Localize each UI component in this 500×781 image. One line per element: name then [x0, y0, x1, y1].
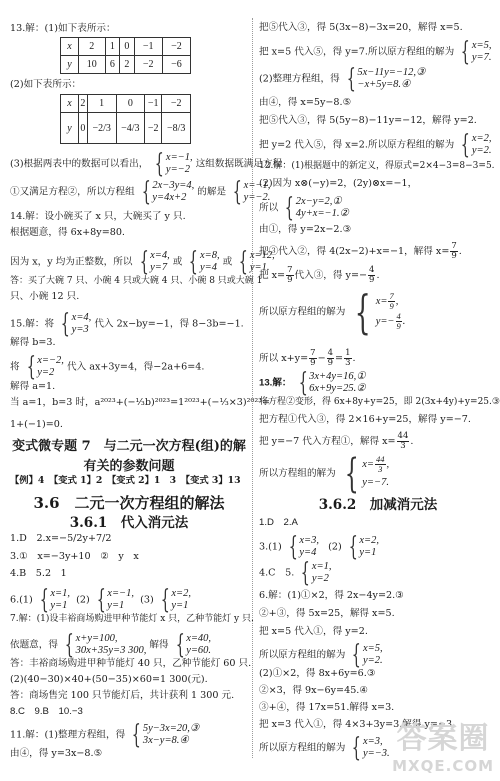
equation-system: {2x−3y=4,y=4x+2	[138, 180, 194, 204]
r-answers-line-4: 4.C 5. {x=1,y=2	[259, 561, 331, 585]
r-answers-line-1: 1.D 2.A	[259, 517, 298, 529]
q12-line5: 把③代入②，得 4(2x−2)+x=−1，解得 x=79.	[259, 242, 462, 261]
fraction: 49	[327, 349, 334, 368]
q12-line2: (2)因为 x⊗(−y)=2，(2y)⊗x=−1，	[259, 178, 417, 190]
q13-part3-line2: ①又满足方程②，所以方程组 {2x−3y=4,y=4x+2 的解是 {x=−1,…	[10, 180, 270, 204]
equation-system: {x=−2,y=2	[23, 355, 64, 379]
section-3-6-2-title: 3.6.2 加减消元法	[259, 493, 497, 513]
q6-line7: ③+④，得 17x=51.解得 x=3.	[259, 702, 394, 714]
q13-r-line1: 13.解： {3x+4y=16,①6x+9y=25.②	[259, 371, 366, 395]
q6-line2: ②+③，得 5x=25，解得 x=5.	[259, 608, 395, 620]
equation-system: {x=1,y=2	[297, 561, 331, 585]
q7-line1: 7.解：(1)设丰裕商场购进甲种节能灯 x 只，乙种节能灯 y 只.	[10, 613, 254, 625]
equation-system: {x=−1,y=1	[93, 588, 134, 612]
q15-line6: 1+(−1)=0.	[10, 419, 63, 431]
q14-line1: 14.解：设小碗买了 x 只，大碗买了 y 只.	[10, 211, 186, 223]
answers-line-2: 3.① x=−3y+10 ② y x	[10, 551, 139, 563]
fraction: 79	[309, 349, 316, 368]
equation-system: {x=5,y=7.	[457, 40, 491, 64]
q13-part3-line1: (3)根据两表中的数据可以看出， {x=−1,y=−2 这组数据既满足方程	[10, 152, 282, 176]
fraction: 79	[286, 266, 293, 285]
column-divider	[252, 18, 253, 758]
r-line-2: 把 x=5 代入⑤，得 y=7.所以原方程组的解为 {x=5,y=7.	[259, 40, 491, 64]
equation-system: {x=2,y=1	[345, 535, 379, 559]
q14-answer-1: 答：买了大碗 7 只、小碗 4 只或大碗 4 只、小碗 8 只或大碗 1	[10, 275, 262, 287]
q11-line2: 由④，得 y=3x−8.⑤	[10, 748, 102, 760]
q15-line2: 解得 b=3.	[10, 337, 56, 349]
r-line-1: 把⑤代入③，得 5(3x−8)−3x=20，解得 x=5.	[259, 22, 463, 34]
q13-r-line3: 把方程①代入③，得 2×16+y=25，解得 y=−7.	[259, 414, 471, 426]
fraction: 13	[344, 349, 351, 368]
q6-line1: 6.解：(1)①×2，得 2x−4y=2.③	[259, 590, 404, 602]
q6-line5: (2)①×2，得 8x+6y=6.③	[259, 668, 375, 680]
equation-system: {x=5,y=2.	[348, 643, 382, 667]
fraction: 79	[450, 242, 457, 261]
section-3-6-1-title: 3.6.1 代入消元法	[10, 511, 248, 531]
q14-answer-2: 只、小碗 12 只.	[10, 291, 79, 303]
q7-line2: 依题意，得 {x+y=100,30x+35y=3 300, 解得 {x=40,y…	[10, 633, 211, 657]
equation-system: {x=3,y=4	[285, 535, 319, 559]
equation-system: {3x+4y=16,①6x+9y=25.②	[295, 371, 366, 395]
q14-line2: 根据题意，得 6x+8y=80.	[10, 227, 125, 239]
q7-line4: (2)(40−30)×40+(50−35)×60=1 300(元).	[10, 674, 208, 686]
q6-line6: ②×3，得 9x−6y=45.④	[259, 685, 368, 697]
r-line-5: 把⑤代入③，得 5(5y−8)−11y=−12，解得 y=2.	[259, 115, 477, 127]
topic-title-1: 变式微专题 7 与二元一次方程(组)的解	[10, 435, 248, 454]
equation-system: {x+y=100,30x+35y=3 300,	[61, 633, 146, 657]
q13-r-line2: 将方程②变形，得 6x+8y+y=25，即 2(3x+4y)+y=25.③	[259, 396, 500, 408]
q15-line4: 解得 a=1.	[10, 381, 55, 393]
equation-system: {x=8,y=4	[185, 250, 219, 274]
q11-line1: 11.解：(1)整理方程组，得 {5y−3x=20,③3x−y=8.④	[10, 723, 199, 747]
q15-line3: 将 {x=−2,y=2 代入 ax+3y=4，得−2a+6=4.	[10, 355, 204, 379]
equation-system: {x=4,y=3	[57, 312, 91, 336]
q15-line5: 当 a=1，b=3 时，a²⁰²³+(−⅓b)²⁰²³=1²⁰²³+(−⅓×3)…	[10, 397, 270, 409]
q14-line3: 因为 x，y 均为正整数，所以 {x=4,y=7 或 {x=8,y=4 或 {x…	[10, 250, 275, 274]
equation-system: {x=3,y=−3.	[348, 736, 389, 760]
fraction: 49	[368, 266, 375, 285]
q12-line8: 所以 x+y=79−49=13.	[259, 349, 356, 368]
r-line-4: 由④，得 x=5y−8.⑤	[259, 97, 351, 109]
equation-system: {x=79,y=−49.	[348, 292, 405, 332]
q15-line1: 15.解：将 {x=4,y=3 代入 2x−by=−1，得 8−3b=−1.	[10, 312, 244, 336]
equation-system: {x=2,y=1	[157, 588, 191, 612]
value-table-1: x 2 1 0 −1 −2 y 10 6 2 −2 −6	[60, 37, 191, 74]
equation-system: {x=2,y=2.	[457, 133, 491, 157]
q6-line9: 所以原方程组的解为 {x=3,y=−3.	[259, 736, 390, 760]
q12-line7: 所以原方程组的解为 {x=79,y=−49.	[259, 292, 405, 332]
r-answers-line-3: 3.(1) {x=3,y=4 (2) {x=2,y=1	[259, 535, 379, 559]
fraction: 443	[397, 432, 410, 451]
equation-system: {5y−3x=20,③3x−y=8.④	[128, 723, 199, 747]
q13-r-line5: 所以方程组的解为 {x=443,y=−7.	[259, 455, 389, 492]
q13-part2: (2)如下表所示：	[10, 79, 81, 91]
value-table-2: x 2 1 0 −1 −2 y 0 −2/3 −4/3 −2 −8/3	[60, 94, 191, 144]
answers-line-1: 1.D 2.x=−5/2y+7/2	[10, 533, 111, 545]
answers-line-8: 8.C 9.B 10.−3	[10, 706, 83, 718]
equation-system: {2x−y=2,①4y+x=−1.②	[281, 196, 349, 220]
equation-system: {x=4,y=7	[136, 250, 170, 274]
q7-line5: 答：商场售完 100 只节能灯后，共计获利 1 300 元.	[10, 690, 234, 702]
r-line-6: 把 y=2 代入⑤，得 x=2.所以原方程组的解为 {x=2,y=2.	[259, 133, 491, 157]
watermark-logo: 答案圈 MXQE.COM	[392, 713, 494, 775]
q12-line1: 12.解：(1)根据题中的新定义，得原式=2×4−3=8−3=5.	[259, 160, 495, 172]
q13-title: 13.解：(1)如下表所示：	[10, 23, 116, 35]
q6-line4: 所以原方程组的解为 {x=5,y=2.	[259, 643, 383, 667]
answers-line-6: 6.(1) {x=1,y=1 (2) {x=−1,y=1 (3) {x=2,y=…	[10, 588, 191, 612]
topic-answers: 【例】4 【变式 1】2 【变式 2】1 3 【变式 3】13	[10, 475, 241, 487]
q12-line6: 把 x=79代入③，得 y=−49.	[259, 266, 380, 285]
equation-system: {x=40,y=60.	[172, 633, 211, 657]
q13-r-line4: 把 y=−7 代入方程①，解得 x=443.	[259, 432, 413, 451]
equation-system: {x=−1,y=−2	[151, 152, 192, 176]
q12-line4: 由①，得 y=2x−2.③	[259, 224, 351, 236]
equation-system: {5x−11y=−12,③−x+5y=8.④	[343, 67, 426, 91]
equation-system: {x=1,y=1	[36, 588, 70, 612]
q7-line3: 答：丰裕商场购进甲种节能灯 40 只，乙种节能灯 60 只.	[10, 658, 251, 670]
q6-line3: 把 x=5 代入①，得 y=2.	[259, 626, 368, 638]
answers-line-3: 4.B 5.2 1	[10, 568, 67, 580]
q12-line3: 所以 {2x−y=2,①4y+x=−1.②	[259, 196, 349, 220]
equation-system: {x=443,y=−7.	[339, 455, 389, 492]
section-3-6-title: 3.6 二元一次方程组的解法	[10, 492, 248, 513]
r-line-3: (2)整理方程组，得 {5x−11y=−12,③−x+5y=8.④	[259, 67, 425, 91]
topic-title-2: 有关的参数问题	[10, 455, 248, 474]
